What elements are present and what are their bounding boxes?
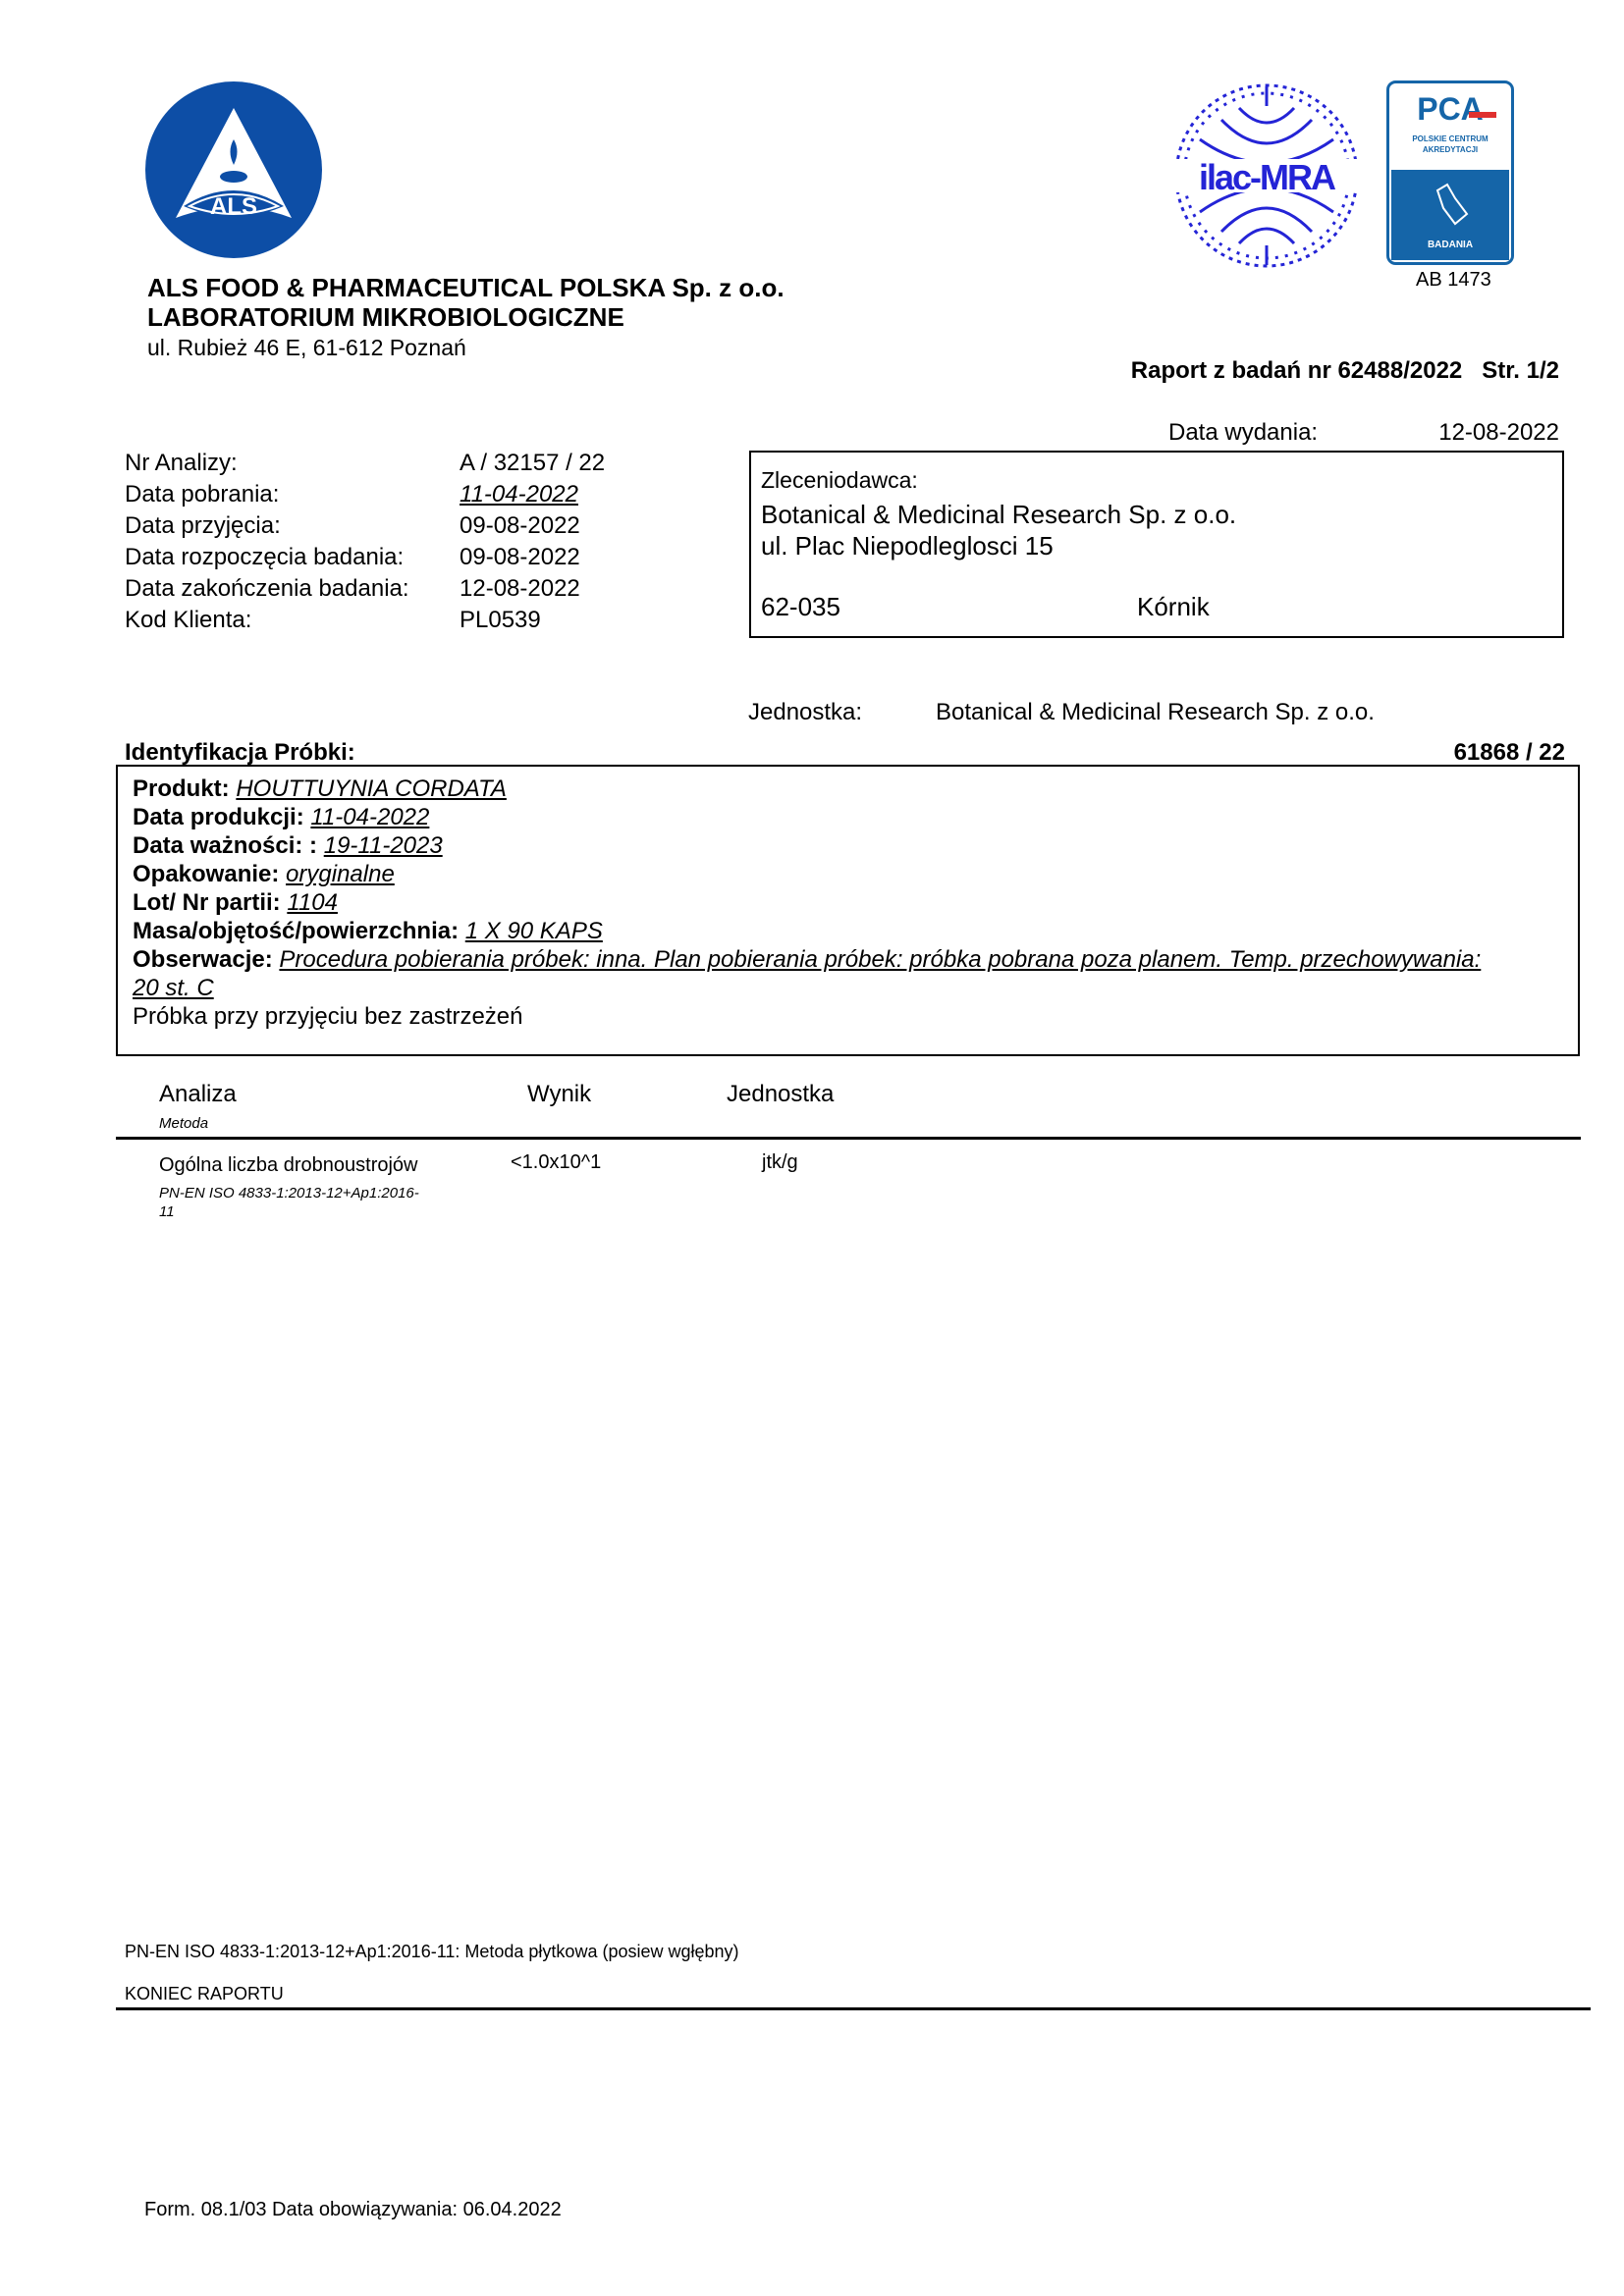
issue-date: 12-08-2022 xyxy=(1438,419,1559,447)
unit-value: Botanical & Medicinal Research Sp. z o.o… xyxy=(936,699,1375,726)
col-header-unit: Jednostka xyxy=(727,1081,834,1108)
sample-number: 61868 / 22 xyxy=(1454,739,1565,767)
sample-field-label: Data produkcji: xyxy=(133,804,304,830)
ilac-mra-logo-icon: ilac-MRA xyxy=(1170,79,1363,273)
analysis-info-label: Nr Analizy: xyxy=(125,450,238,477)
analysis-info-label: Data pobrania: xyxy=(125,481,279,508)
result-analysis-name: Ogólna liczba drobnoustrojów xyxy=(159,1154,418,1177)
sample-box: Produkt: HOUTTUYNIA CORDATAData produkcj… xyxy=(116,765,1580,1056)
sample-section-title: Identyfikacja Próbki: xyxy=(125,739,355,767)
result-value: <1.0x10^1 xyxy=(511,1151,601,1174)
observations-text: Procedura pobierania próbek: inna. Plan … xyxy=(279,946,1481,973)
form-info: Form. 08.1/03 Data obowiązywania: 06.04.… xyxy=(144,2199,562,2221)
company-name: ALS FOOD & PHARMACEUTICAL POLSKA Sp. z o… xyxy=(147,273,785,302)
sample-field-label: Masa/objętość/powierzchnia: xyxy=(133,918,459,944)
report-number: Raport z badań nr 62488/2022 xyxy=(1131,357,1462,384)
svg-text:AKREDYTACJI: AKREDYTACJI xyxy=(1423,145,1478,154)
svg-text:ilac-MRA: ilac-MRA xyxy=(1199,157,1336,197)
sample-field: Data produkcji: 11-04-2022 xyxy=(133,804,429,831)
analysis-info-label: Data rozpoczęcia badania: xyxy=(125,544,404,571)
col-header-result: Wynik xyxy=(527,1081,591,1108)
pca-accreditation-number: AB 1473 xyxy=(1416,269,1491,292)
svg-text:ALS: ALS xyxy=(210,193,257,220)
sample-field-value: 1 X 90 KAPS xyxy=(465,918,603,944)
page-indicator: Str. 1/2 xyxy=(1482,357,1559,384)
client-street: ul. Plac Niepodleglosci 15 xyxy=(761,531,1054,561)
analysis-info-value: 12-08-2022 xyxy=(460,575,580,603)
sample-field-label: Data ważności: : xyxy=(133,832,317,859)
pca-accreditation-logo-icon: PCA POLSKIE CENTRUM AKREDYTACJI BADANIA xyxy=(1386,80,1514,265)
issue-date-label: Data wydania: xyxy=(1168,419,1318,447)
analysis-info-value: PL0539 xyxy=(460,607,541,634)
client-postal-code: 62-035 xyxy=(761,592,840,622)
company-address: ul. Rubież 46 E, 61-612 Poznań xyxy=(147,334,466,361)
analysis-info-label: Data zakończenia badania: xyxy=(125,575,409,603)
sample-field: Masa/objętość/powierzchnia: 1 X 90 KAPS xyxy=(133,918,603,945)
sample-field-label: Lot/ Nr partii: xyxy=(133,889,281,916)
result-unit: jtk/g xyxy=(762,1151,798,1174)
client-city: Kórnik xyxy=(1137,592,1210,622)
sample-field-value: 1104 xyxy=(287,889,338,916)
table-header-rule xyxy=(116,1137,1581,1140)
method-note: PN-EN ISO 4833-1:2013-12+Ap1:2016-11: Me… xyxy=(125,1942,739,1962)
sample-field-value: HOUTTUYNIA CORDATA xyxy=(236,775,507,802)
col-header-method: Metoda xyxy=(159,1115,208,1132)
sample-field: Data ważności: : 19-11-2023 xyxy=(133,832,443,860)
observations-line: Obserwacje: Procedura pobierania próbek:… xyxy=(133,946,1481,974)
client-box: Zleceniodawca: Botanical & Medicinal Res… xyxy=(749,451,1564,638)
observations-text-continued: 20 st. C xyxy=(133,975,214,1002)
end-of-report-rule xyxy=(116,2007,1591,2010)
analysis-info-value: 09-08-2022 xyxy=(460,512,580,540)
sample-field-value: oryginalne xyxy=(286,861,395,887)
acceptance-note: Próbka przy przyjęciu bez zastrzeżeń xyxy=(133,1003,523,1031)
result-method-continued: 11 xyxy=(159,1203,175,1220)
analysis-info-label: Kod Klienta: xyxy=(125,607,251,634)
sample-field-value: 19-11-2023 xyxy=(324,832,443,859)
col-header-analysis: Analiza xyxy=(159,1081,237,1108)
unit-label: Jednostka: xyxy=(748,699,862,726)
sample-field-value: 11-04-2022 xyxy=(310,804,429,830)
als-logo-icon: ALS xyxy=(144,80,323,259)
analysis-info-value: 11-04-2022 xyxy=(460,481,578,508)
client-label: Zleceniodawca: xyxy=(761,467,918,494)
sample-field-label: Produkt: xyxy=(133,775,230,802)
report-title: Raport z badań nr 62488/2022 Str. 1/2 xyxy=(1131,357,1559,385)
result-method: PN-EN ISO 4833-1:2013-12+Ap1:2016- xyxy=(159,1185,419,1201)
sample-field: Produkt: HOUTTUYNIA CORDATA xyxy=(133,775,507,803)
end-of-report: KONIEC RAPORTU xyxy=(125,1984,284,2004)
analysis-info-value: A / 32157 / 22 xyxy=(460,450,605,477)
observations-label: Obserwacje: xyxy=(133,946,273,973)
analysis-info-value: 09-08-2022 xyxy=(460,544,580,571)
sample-field: Opakowanie: oryginalne xyxy=(133,861,395,888)
svg-text:POLSKIE CENTRUM: POLSKIE CENTRUM xyxy=(1412,134,1489,143)
client-name: Botanical & Medicinal Research Sp. z o.o… xyxy=(761,500,1236,530)
svg-text:PCA: PCA xyxy=(1417,91,1484,127)
lab-name: LABORATORIUM MIKROBIOLOGICZNE xyxy=(147,302,624,332)
sample-field-label: Opakowanie: xyxy=(133,861,279,887)
sample-field: Lot/ Nr partii: 1104 xyxy=(133,889,338,917)
analysis-info-label: Data przyjęcia: xyxy=(125,512,281,540)
svg-text:BADANIA: BADANIA xyxy=(1428,240,1473,250)
